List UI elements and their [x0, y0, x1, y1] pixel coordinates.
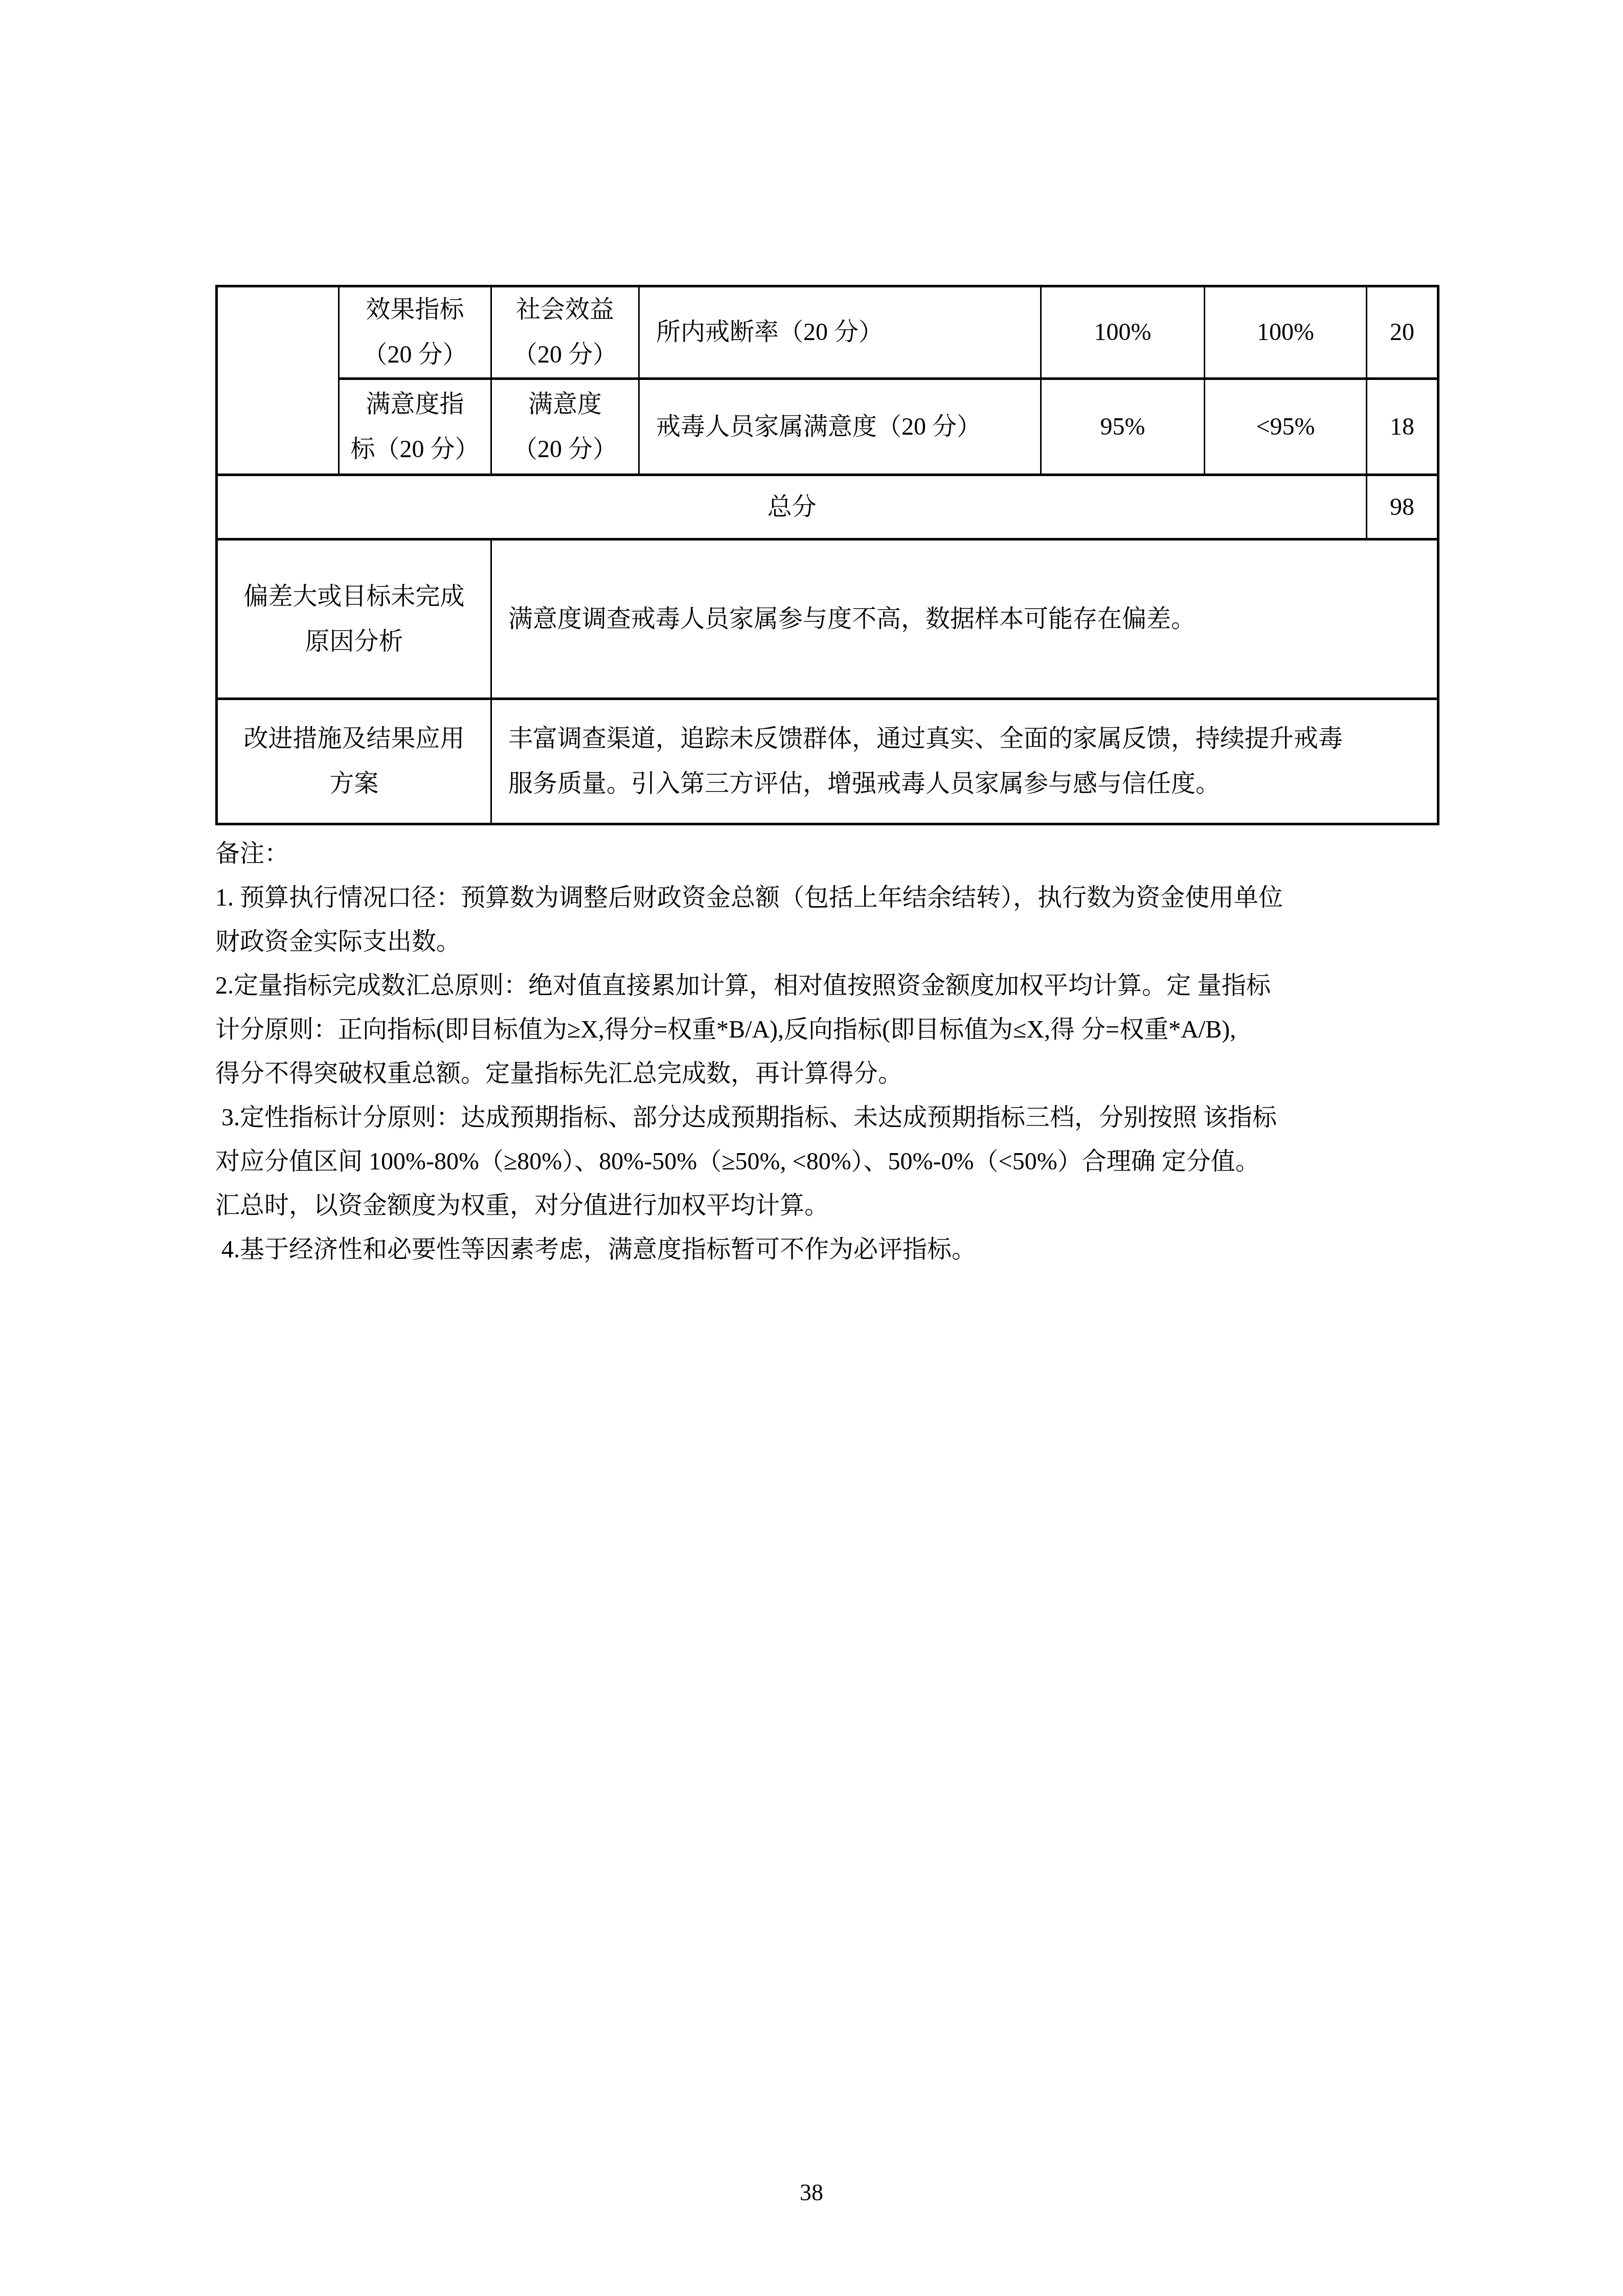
cell-deviation-label: 偏差大或目标未完成 原因分析: [217, 539, 491, 699]
cell-category-satisfaction: 满意度指 标（20 分）: [339, 379, 491, 475]
note-line: 汇总时，以资金额度为权重，对分值进行加权平均计算。: [215, 1184, 1453, 1228]
cell-deviation-content: 满意度调查戒毒人员家属参与度不高，数据样本可能存在偏差。: [491, 539, 1438, 699]
note-line: 得分不得突破权重总额。定量指标先汇总完成数，再计算得分。: [215, 1052, 1453, 1096]
remarks-section: 备注： 1. 预算执行情况口径：预算数为调整后财政资金总额（包括上年结余结转），…: [215, 832, 1453, 1272]
cell-subcategory-social-benefit: 社会效益 （20 分）: [491, 286, 639, 379]
note-line: 4.基于经济性和必要性等因素考虑，满意度指标暂可不作为必评指标。: [215, 1228, 1453, 1272]
cell-score-1: 20: [1367, 286, 1438, 379]
cell-improvement-content: 丰富调查渠道，追踪未反馈群体，通过真实、全面的家属反馈，持续提升戒毒 服务质量。…: [491, 699, 1438, 824]
cell-completed-value-1: 100%: [1205, 286, 1367, 379]
remarks-title: 备注：: [215, 832, 1453, 876]
cell-indicator-family-satisfaction: 戒毒人员家属满意度（20 分）: [639, 379, 1041, 475]
table-row-total: 总分 98: [217, 475, 1438, 539]
note-line: 2.定量指标完成数汇总原则：绝对值直接累加计算，相对值按照资金额度加权平均计算。…: [215, 964, 1453, 1008]
cell-target-value-1: 100%: [1041, 286, 1205, 379]
cell-improvement-label: 改进措施及结果应用 方案: [217, 699, 491, 824]
cell-score-2: 18: [1367, 379, 1438, 475]
cell-completed-value-2: <95%: [1205, 379, 1367, 475]
table-row-improvement: 改进措施及结果应用 方案 丰富调查渠道，追踪未反馈群体，通过真实、全面的家属反馈…: [217, 699, 1438, 824]
cell-target-value-2: 95%: [1041, 379, 1205, 475]
note-line: 财政资金实际支出数。: [215, 920, 1453, 964]
cell-total-label: 总分: [217, 475, 1367, 539]
note-line: 计分原则：正向指标(即目标值为≥X,得分=权重*B/A),反向指标(即目标值为≤…: [215, 1008, 1453, 1052]
cell-blank: [217, 286, 339, 475]
cell-indicator-abstinence-rate: 所内戒断率（20 分）: [639, 286, 1041, 379]
note-line: 对应分值区间 100%-80%（≥80%）、80%-50%（≥50%, <80%…: [215, 1140, 1453, 1184]
performance-evaluation-table: 效果指标 （20 分） 社会效益 （20 分） 所内戒断率（20 分） 100%…: [215, 285, 1439, 825]
note-line: 1. 预算执行情况口径：预算数为调整后财政资金总额（包括上年结余结转），执行数为…: [215, 876, 1453, 920]
table-row-deviation: 偏差大或目标未完成 原因分析 满意度调查戒毒人员家属参与度不高，数据样本可能存在…: [217, 539, 1438, 699]
page-number: 38: [0, 2177, 1623, 2208]
table-row: 效果指标 （20 分） 社会效益 （20 分） 所内戒断率（20 分） 100%…: [217, 286, 1438, 379]
cell-category-effect: 效果指标 （20 分）: [339, 286, 491, 379]
table-row: 满意度指 标（20 分） 满意度 （20 分） 戒毒人员家属满意度（20 分） …: [217, 379, 1438, 475]
cell-subcategory-satisfaction: 满意度 （20 分）: [491, 379, 639, 475]
cell-total-score: 98: [1367, 475, 1438, 539]
note-line: 3.定性指标计分原则：达成预期指标、部分达成预期指标、未达成预期指标三档，分别按…: [215, 1096, 1453, 1140]
document-page: 效果指标 （20 分） 社会效益 （20 分） 所内戒断率（20 分） 100%…: [0, 0, 1623, 2296]
